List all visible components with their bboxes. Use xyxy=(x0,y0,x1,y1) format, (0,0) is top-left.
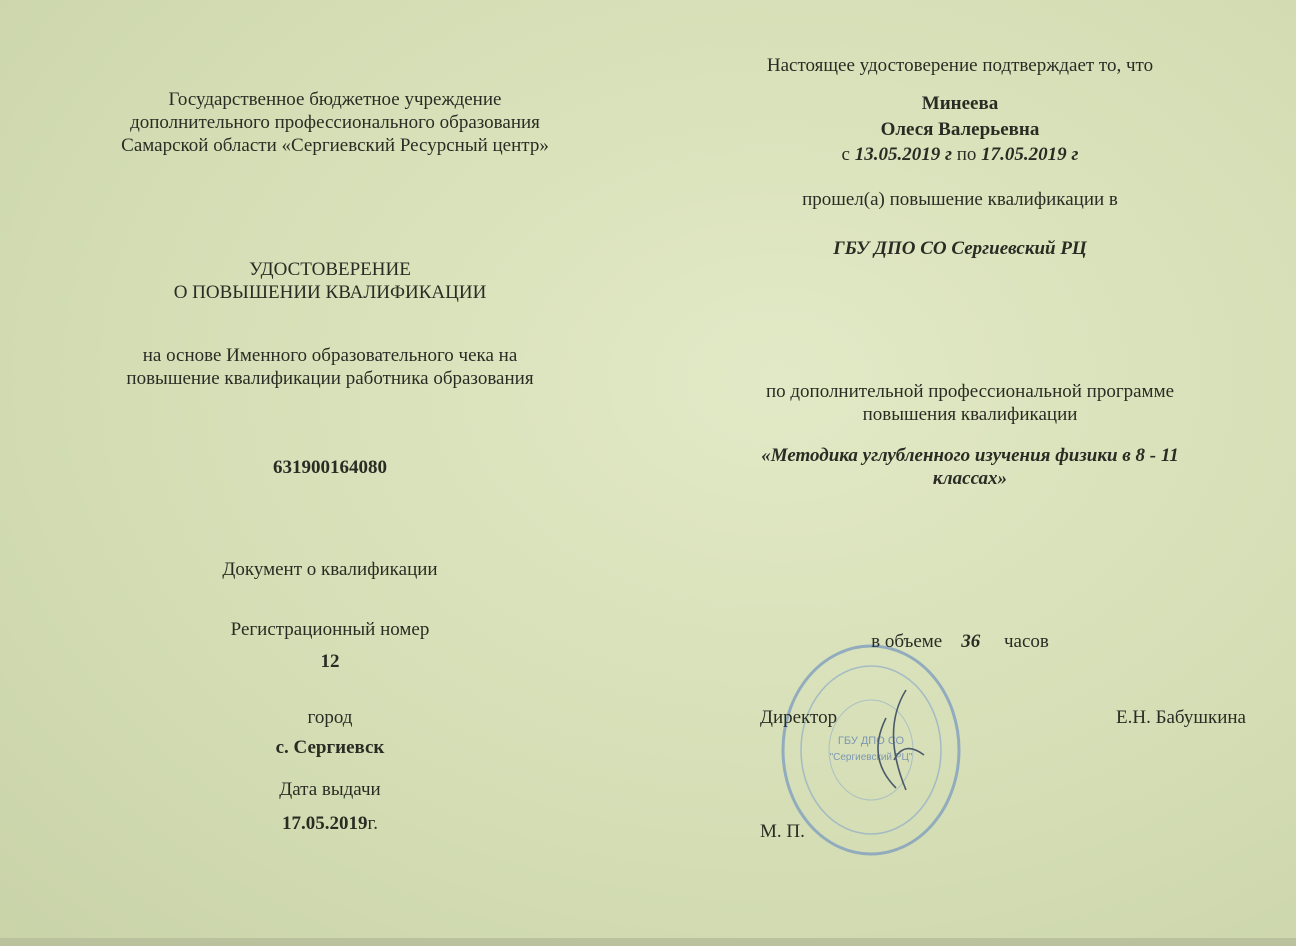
basis-text: на основе Именного образовательного чека… xyxy=(70,344,590,390)
program-line: повышения квалификации xyxy=(710,403,1230,426)
program-line: по дополнительной профессиональной прогр… xyxy=(710,380,1230,403)
issue-date-label: Дата выдачи xyxy=(70,778,590,801)
surname: Минеева xyxy=(700,92,1220,115)
from-date: 13.05.2019 г xyxy=(855,144,952,165)
given-names: Олеся Валерьевна xyxy=(700,118,1220,141)
program-label: по дополнительной профессиональной прогр… xyxy=(710,380,1230,426)
volume: в объеме 36 часов xyxy=(840,630,1080,653)
program-title: «Методика углубленного изучения физики в… xyxy=(710,444,1230,490)
director-name: Е.Н. Бабушкина xyxy=(1116,706,1246,729)
seal-label: М. П. xyxy=(760,820,805,843)
document-title: УДОСТОВЕРЕНИЕ О ПОВЫШЕНИИ КВАЛИФИКАЦИИ xyxy=(70,258,590,304)
issue-date: 17.05.2019г. xyxy=(70,812,590,835)
training-period: с 13.05.2019 г по 17.05.2019 г xyxy=(700,143,1220,166)
certificate-number: 631900164080 xyxy=(70,456,590,479)
confirmation-text: Настоящее удостоверение подтверждает то,… xyxy=(700,54,1220,77)
registration-label: Регистрационный номер xyxy=(70,618,590,641)
basis-line: повышение квалификации работника образов… xyxy=(70,367,590,390)
hours-label: часов xyxy=(1004,631,1049,652)
institution-short: ГБУ ДПО СО Сергиевский РЦ xyxy=(700,237,1220,260)
from-label: с xyxy=(842,144,850,165)
program-title-line: классах» xyxy=(710,467,1230,490)
institution-line: Государственное бюджетное учреждение xyxy=(70,88,600,111)
to-label: по xyxy=(957,144,977,165)
title-line: О ПОВЫШЕНИИ КВАЛИФИКАЦИИ xyxy=(70,281,590,304)
volume-hours: 36 xyxy=(961,631,980,652)
institution-name: Государственное бюджетное учреждение доп… xyxy=(70,88,600,157)
registration-number: 12 xyxy=(70,650,590,673)
program-title-line: «Методика углубленного изучения физики в… xyxy=(710,444,1230,467)
volume-label: в объеме xyxy=(871,631,942,652)
city-label: город xyxy=(70,706,590,729)
to-date: 17.05.2019 г xyxy=(981,144,1078,165)
issue-date-value: 17.05.2019 xyxy=(282,813,368,834)
institution-line: дополнительного профессионального образо… xyxy=(70,111,600,134)
director-label: Директор xyxy=(760,706,837,729)
basis-line: на основе Именного образовательного чека… xyxy=(70,344,590,367)
institution-line: Самарской области «Сергиевский Ресурсный… xyxy=(70,134,600,157)
completed-text: прошел(а) повышение квалификации в xyxy=(700,188,1220,211)
city-value: с. Сергиевск xyxy=(70,736,590,759)
document-type: Документ о квалификации xyxy=(70,558,590,581)
paper-edge xyxy=(0,938,1296,946)
issue-date-suffix: г. xyxy=(368,813,378,834)
certificate-page: Государственное бюджетное учреждение доп… xyxy=(0,0,1296,946)
title-line: УДОСТОВЕРЕНИЕ xyxy=(70,258,590,281)
svg-text:"Сергиевский РЦ": "Сергиевский РЦ" xyxy=(830,752,913,763)
